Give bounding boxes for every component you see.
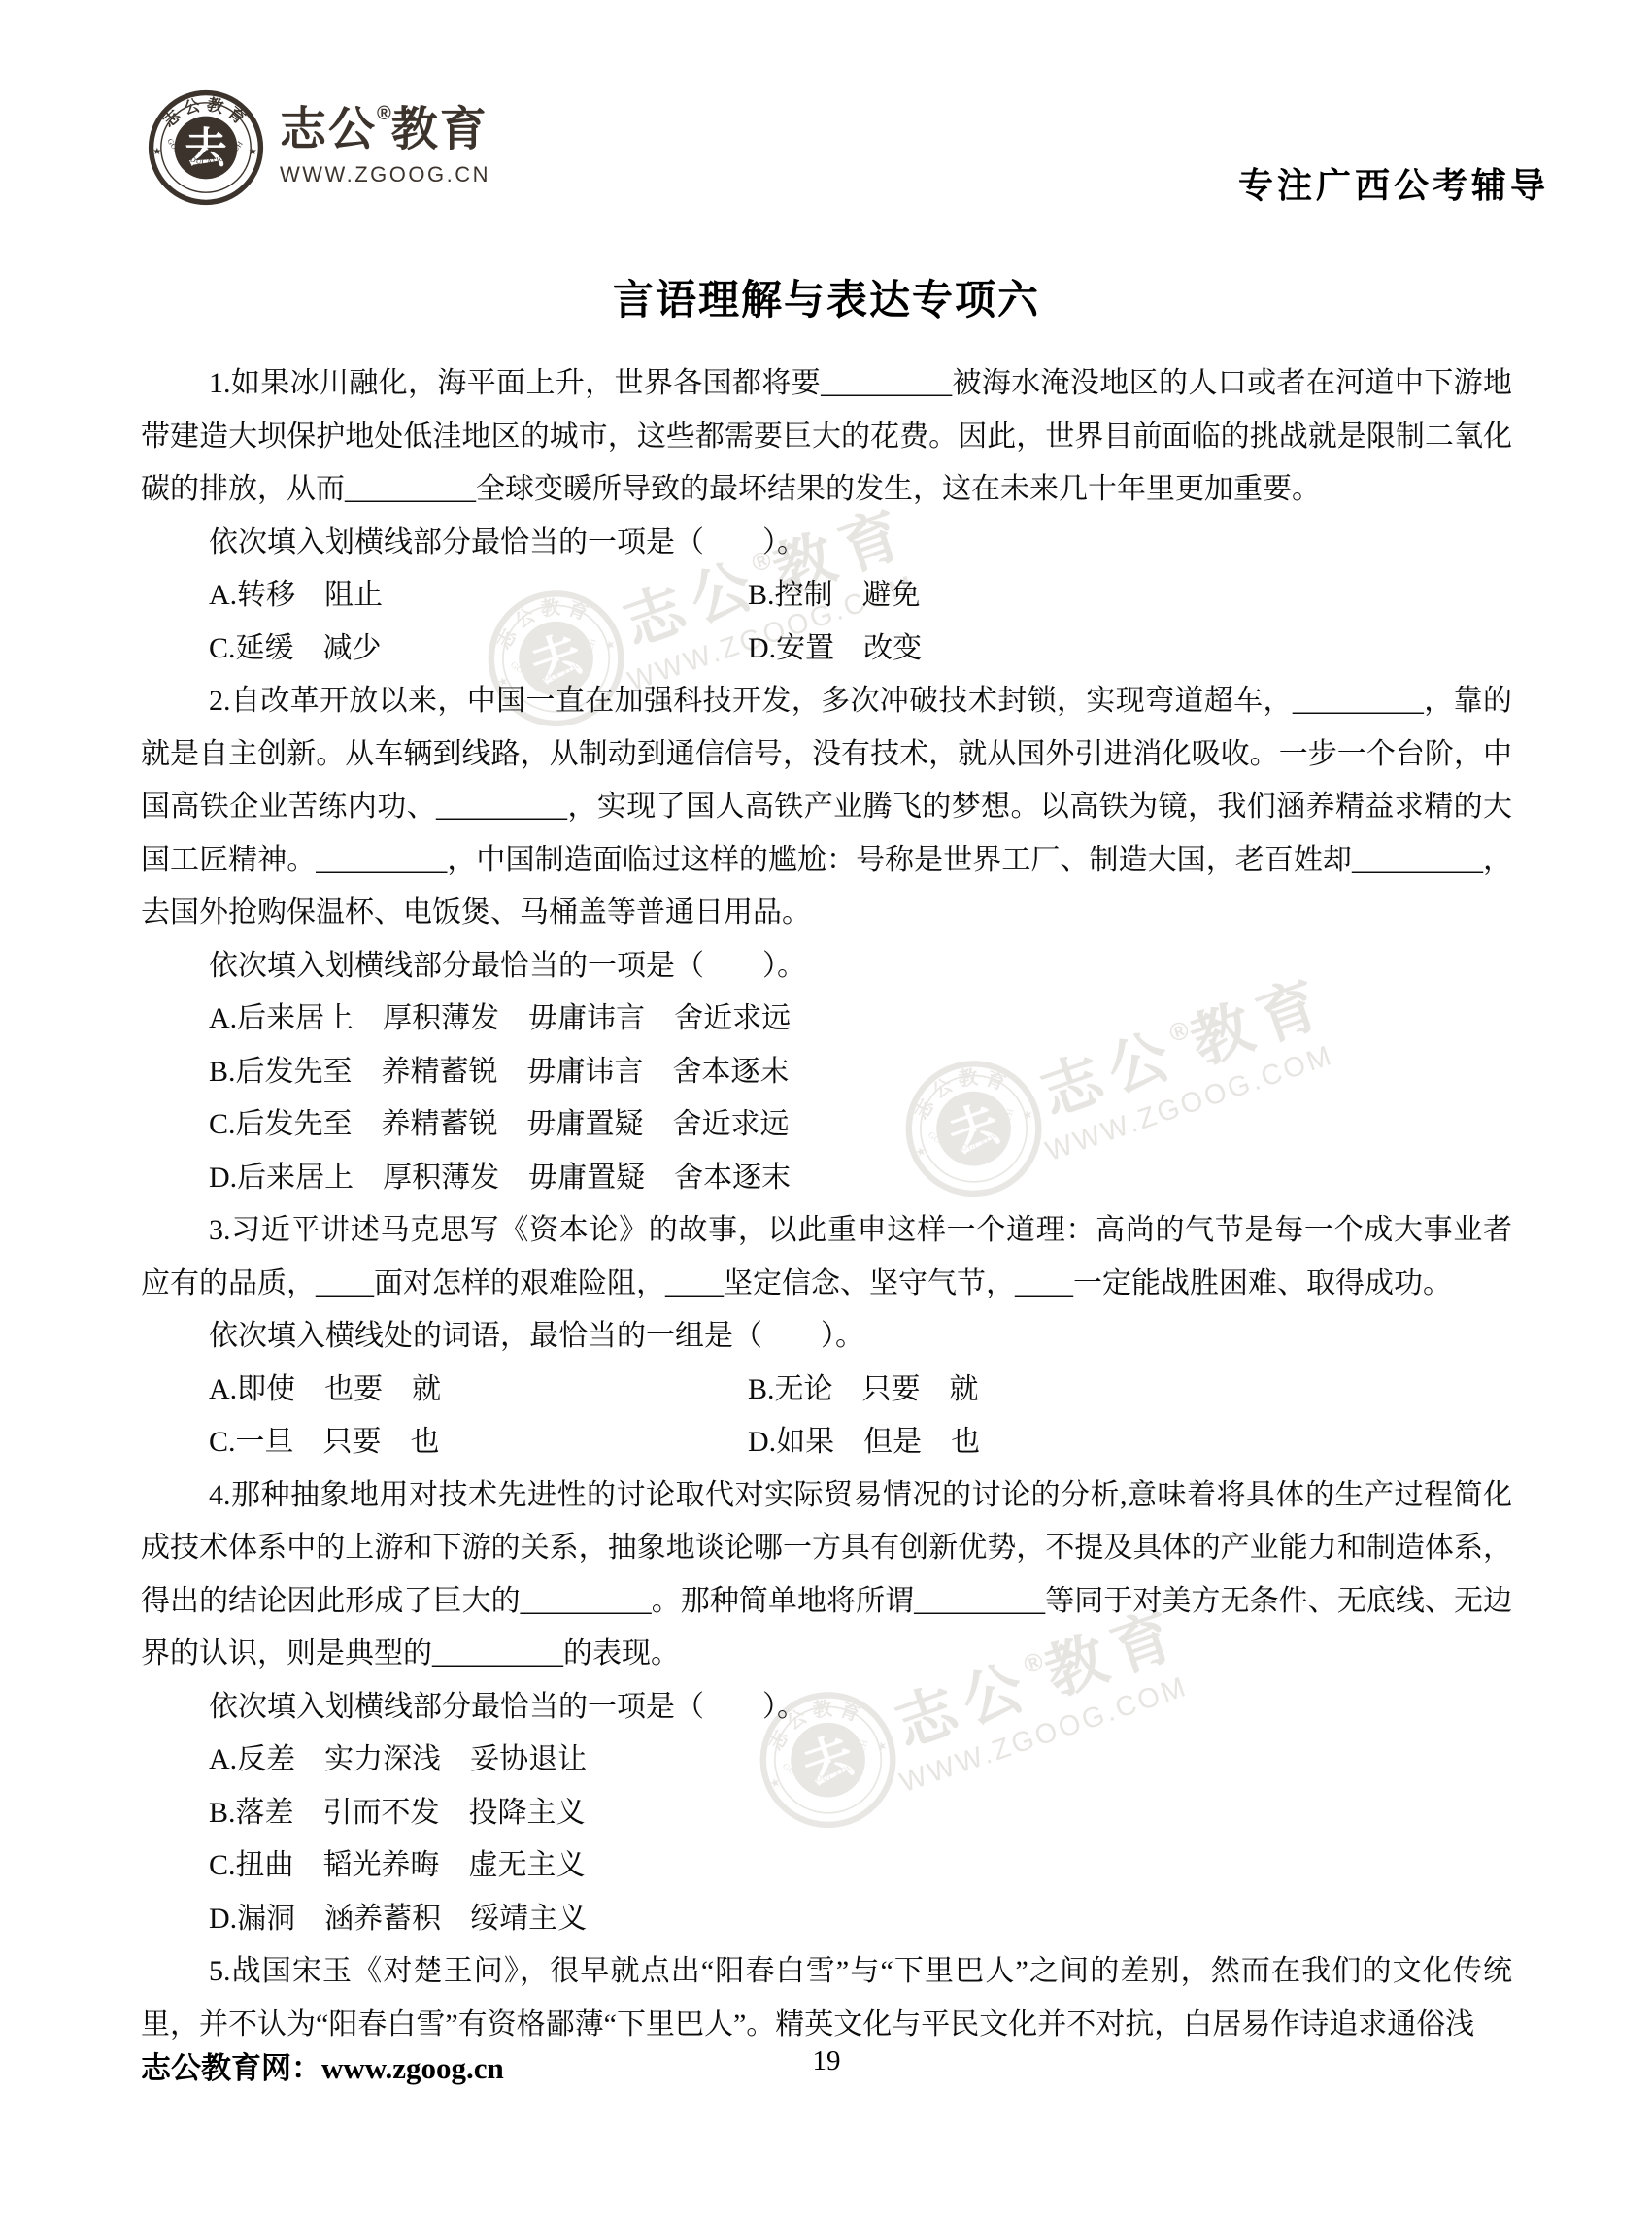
questions-area: 1.如果冰川融化，海平面上升，世界各国都将要_________被海水淹没地区的人…	[141, 357, 1512, 2051]
question-stem: 2.自改革开放以来，中国一直在加强科技开发，多次冲破技术封锁，实现弯道超车，__…	[141, 675, 1512, 940]
option-d: D.后来居上 厚积薄发 毋庸置疑 舍本逐末	[141, 1152, 1512, 1205]
question-5: 5.战国宋玉《对楚王问》，很早就点出“阳春白雪”与“下里巴人”之间的差别，然而在…	[141, 1945, 1512, 2051]
footer-site-text: 志公教育网：www.zgoog.cn	[141, 2043, 504, 2087]
seal-star-right: ★	[249, 147, 257, 157]
header-brand-logo: 去 志公教育 ZHIGONG EDUCATION SCHOOL ★ ★ 志公®教…	[148, 89, 490, 206]
options-row: A.即使 也要 就 B.无论 只要 就	[141, 1364, 1512, 1417]
question-stem: 4.那种抽象地用对技术先进性的讨论取代对实际贸易情况的讨论的分析,意味着将具体的…	[141, 1469, 1512, 1681]
seal-star-left: ★	[152, 147, 161, 157]
registered-mark-icon: ®	[377, 103, 391, 124]
option-c: C.一旦 只要 也	[141, 1416, 748, 1469]
options-row: C.一旦 只要 也 D.如果 但是 也	[141, 1416, 1512, 1469]
question-3: 3.习近平讲述马克思写《资本论》的故事，以此重申这样一个道理：高尚的气节是每一个…	[141, 1204, 1512, 1469]
option-a: A.转移 阻止	[141, 569, 748, 623]
question-stem: 1.如果冰川融化，海平面上升，世界各国都将要_________被海水淹没地区的人…	[141, 357, 1512, 517]
answer-prompt: 依次填入划横线部分最恰当的一项是（ ）。	[141, 1681, 1512, 1735]
brand-url: WWW.ZGOOG.CN	[280, 162, 490, 187]
question-2: 2.自改革开放以来，中国一直在加强科技开发，多次冲破技术封锁，实现弯道超车，__…	[141, 675, 1512, 1204]
options-row: A.转移 阻止 B.控制 避免	[141, 569, 1512, 623]
question-stem: 5.战国宋玉《对楚王问》，很早就点出“阳春白雪”与“下里巴人”之间的差别，然而在…	[141, 1945, 1512, 2051]
option-c: C.后发先至 养精蓄锐 毋庸置疑 舍近求远	[141, 1098, 1512, 1152]
option-a: A.反差 实力深浅 妥协退让	[141, 1734, 1512, 1787]
brand-text-block: 志公®教育 WWW.ZGOOG.CN	[280, 89, 490, 187]
option-c: C.延缓 减少	[141, 623, 748, 676]
option-d: D.如果 但是 也	[748, 1416, 1512, 1469]
answer-prompt: 依次填入划横线部分最恰当的一项是（ ）。	[141, 517, 1512, 570]
brand-right: 教育	[391, 104, 489, 155]
option-b: B.无论 只要 就	[748, 1364, 1512, 1417]
option-b: B.后发先至 养精蓄锐 毋庸讳言 舍本逐末	[141, 1046, 1512, 1099]
document-page: 去 志公教育 ZHIGONG EDUCATION SCHOOL ★ ★ 志公®教…	[0, 0, 1652, 2225]
option-b: B.控制 避免	[748, 569, 1512, 623]
option-d: D.漏洞 涵养蓄积 绥靖主义	[141, 1893, 1512, 1946]
question-stem: 3.习近平讲述马克思写《资本论》的故事，以此重申这样一个道理：高尚的气节是每一个…	[141, 1204, 1512, 1310]
option-c: C.扭曲 韬光养晦 虚无主义	[141, 1839, 1512, 1893]
seal-logo-icon: 去 志公教育 ZHIGONG EDUCATION SCHOOL ★ ★	[148, 89, 264, 206]
brand-left: 志公	[280, 104, 377, 155]
options-row: C.延缓 减少 D.安置 改变	[141, 623, 1512, 676]
option-a: A.即使 也要 就	[141, 1364, 748, 1417]
option-b: B.落差 引而不发 投降主义	[141, 1787, 1512, 1840]
page-title: 言语理解与表达专项六	[141, 268, 1512, 326]
option-d: D.安置 改变	[748, 623, 1512, 676]
question-1: 1.如果冰川融化，海平面上升，世界各国都将要_________被海水淹没地区的人…	[141, 357, 1512, 675]
answer-prompt: 依次填入横线处的词语，最恰当的一组是（ ）。	[141, 1310, 1512, 1364]
brand-wordmark: 志公®教育	[280, 103, 490, 156]
question-4: 4.那种抽象地用对技术先进性的讨论取代对实际贸易情况的讨论的分析,意味着将具体的…	[141, 1469, 1512, 1946]
answer-prompt: 依次填入划横线部分最恰当的一项是（ ）。	[141, 940, 1512, 994]
header-tagline: 专注广西公考辅导	[1238, 158, 1549, 208]
option-a: A.后来居上 厚积薄发 毋庸讳言 舍近求远	[141, 993, 1512, 1046]
